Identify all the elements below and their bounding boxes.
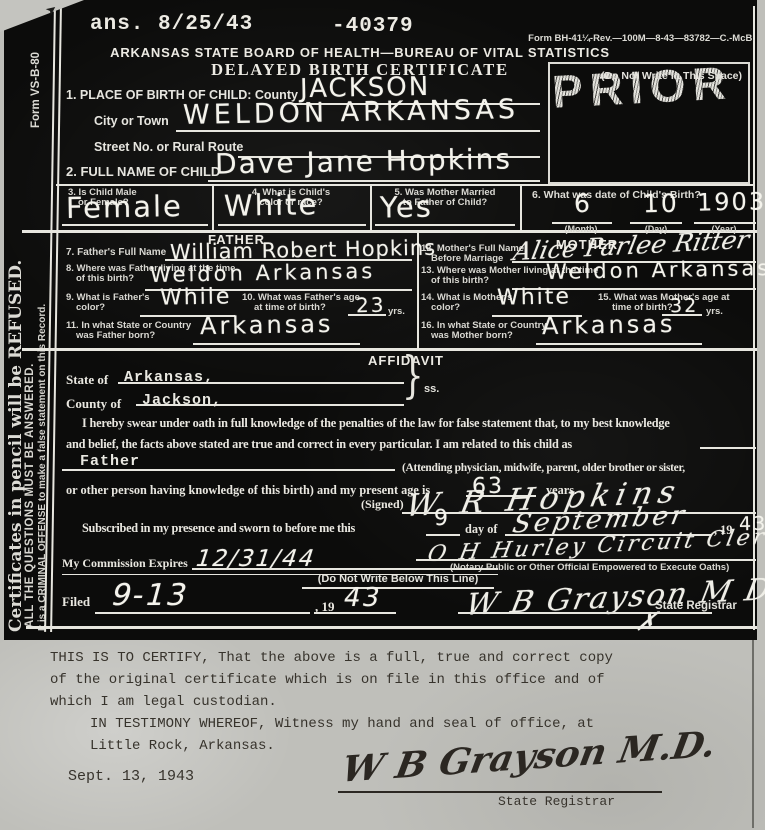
q12-label2: Before Marriage: [431, 253, 503, 264]
certification-registrar-label: State Registrar: [498, 794, 615, 809]
section-border-thick: [22, 348, 757, 351]
q8-label2: of this birth?: [76, 273, 134, 284]
column-divider: [520, 184, 522, 230]
form-number: Form BH-41¼-Rev.—100M—8-43—83782—C.-McB.: [455, 33, 755, 44]
ss-brace: }: [402, 347, 424, 405]
field-underline: [95, 612, 310, 614]
q2-label: 2. FULL NAME OF CHILD: [66, 164, 220, 179]
signed-label: (Signed): [361, 497, 404, 512]
field-underline: [348, 314, 386, 316]
q8-value: Weldon Arkansas: [150, 259, 376, 287]
q13-value: Weldon Arkansas: [546, 256, 765, 284]
filed-label: Filed: [62, 594, 90, 610]
city-label: City or Town: [94, 114, 169, 128]
q11-value: Arkansas: [200, 310, 334, 340]
q3-value: Female: [66, 189, 183, 225]
divider-underline: [302, 587, 494, 589]
margin-warning-1: Certificates in pencil will be REFUSED.: [6, 140, 26, 632]
field-underline: [218, 224, 366, 226]
q7-label: 7. Father's Full Name: [66, 247, 166, 258]
relation-value: Father: [80, 453, 140, 470]
state-registrar-label: State Registrar: [655, 600, 737, 612]
birth-month-value: 6: [574, 189, 592, 218]
certification-date: Sept. 13, 1943: [68, 768, 194, 785]
field-underline: [416, 559, 756, 561]
field-underline: [176, 130, 540, 132]
relation-note1: (Attending physician, midwife, parent, o…: [402, 462, 685, 474]
q14-value: White: [497, 284, 571, 310]
field-underline: [62, 224, 208, 226]
field-underline: [62, 469, 395, 471]
scan-edge-line: [752, 640, 754, 828]
field-underline: [426, 534, 460, 536]
q14-label2: color?: [431, 302, 460, 313]
row-border: [56, 184, 755, 186]
certify-line1: THIS IS TO CERTIFY, That the above is a …: [50, 650, 613, 666]
q16-label2: was Mother born?: [431, 330, 513, 341]
q9-value: While: [160, 284, 232, 310]
certify-line5: Little Rock, Arkansas.: [90, 738, 275, 754]
q9-label2: color?: [76, 302, 105, 313]
do-not-write-below-label: (Do Not Write Below This Line): [298, 573, 498, 585]
field-underline: [208, 180, 540, 182]
scanned-birth-certificate: { "annotations": { "received_note": "ans…: [0, 0, 765, 830]
relation-note2: or other person having knowledge of this…: [66, 483, 430, 498]
q11-label2: was Father born?: [76, 330, 155, 341]
certify-line3: which I am legal custodian.: [50, 694, 277, 710]
prior-stamp: PRIOR: [551, 55, 734, 118]
margin-warning-2: ALL THE QUESTIONS MUST BE ANSWERED.: [24, 228, 36, 628]
sworn-day-value: 9: [434, 506, 450, 531]
field-underline: [193, 343, 360, 345]
file-number: -40379: [332, 15, 414, 38]
q10-unit: yrs.: [388, 306, 405, 317]
signature-underline: [338, 791, 662, 793]
q5-value: Yes: [380, 190, 433, 225]
field-underline: [314, 612, 396, 614]
field-underline: [136, 404, 404, 406]
field-underline: [192, 568, 498, 570]
oath-line1: I hereby swear under oath in full knowle…: [82, 416, 670, 431]
birth-year-value: 1903: [697, 187, 765, 216]
ss-label: ss.: [424, 383, 439, 395]
q15-unit: yrs.: [706, 306, 723, 317]
field-underline: [375, 224, 515, 226]
state-label: State of: [66, 372, 108, 388]
field-underline: [700, 447, 756, 449]
day-of-label: day of: [465, 522, 497, 537]
q16-value: Arkansas: [542, 310, 676, 340]
county-label: County of: [66, 396, 121, 412]
q13-label2: of this birth?: [431, 275, 489, 286]
q4-value: White: [224, 187, 319, 223]
field-underline: [118, 382, 404, 384]
birth-day-value: 10: [643, 189, 679, 219]
field-underline: [458, 612, 712, 614]
certify-line4: IN TESTIMONY WHEREOF, Witness my hand an…: [90, 716, 594, 732]
certification-signature: W B Grayson M.D.: [338, 723, 719, 791]
affidavit-county-value: Jackson,: [142, 392, 222, 409]
field-underline: [536, 343, 702, 345]
subscribed-label: Subscribed in my presence and sworn to b…: [82, 521, 355, 536]
filed-date-value: 9-13: [107, 578, 192, 613]
certify-line2: of the original certificate which is on …: [50, 672, 605, 688]
oath-line2: and belief, the facts above stated are t…: [66, 437, 572, 452]
filed-year-value: 43: [341, 583, 384, 613]
commission-label: My Commission Expires: [62, 556, 188, 571]
board-title: ARKANSAS STATE BOARD OF HEALTH—BUREAU OF…: [40, 45, 680, 60]
child-name-value: Dave Jane Hopkins: [215, 142, 513, 180]
received-note: ans. 8/25/43: [90, 13, 253, 36]
city-value: WELDON ARKANSAS: [183, 94, 519, 131]
